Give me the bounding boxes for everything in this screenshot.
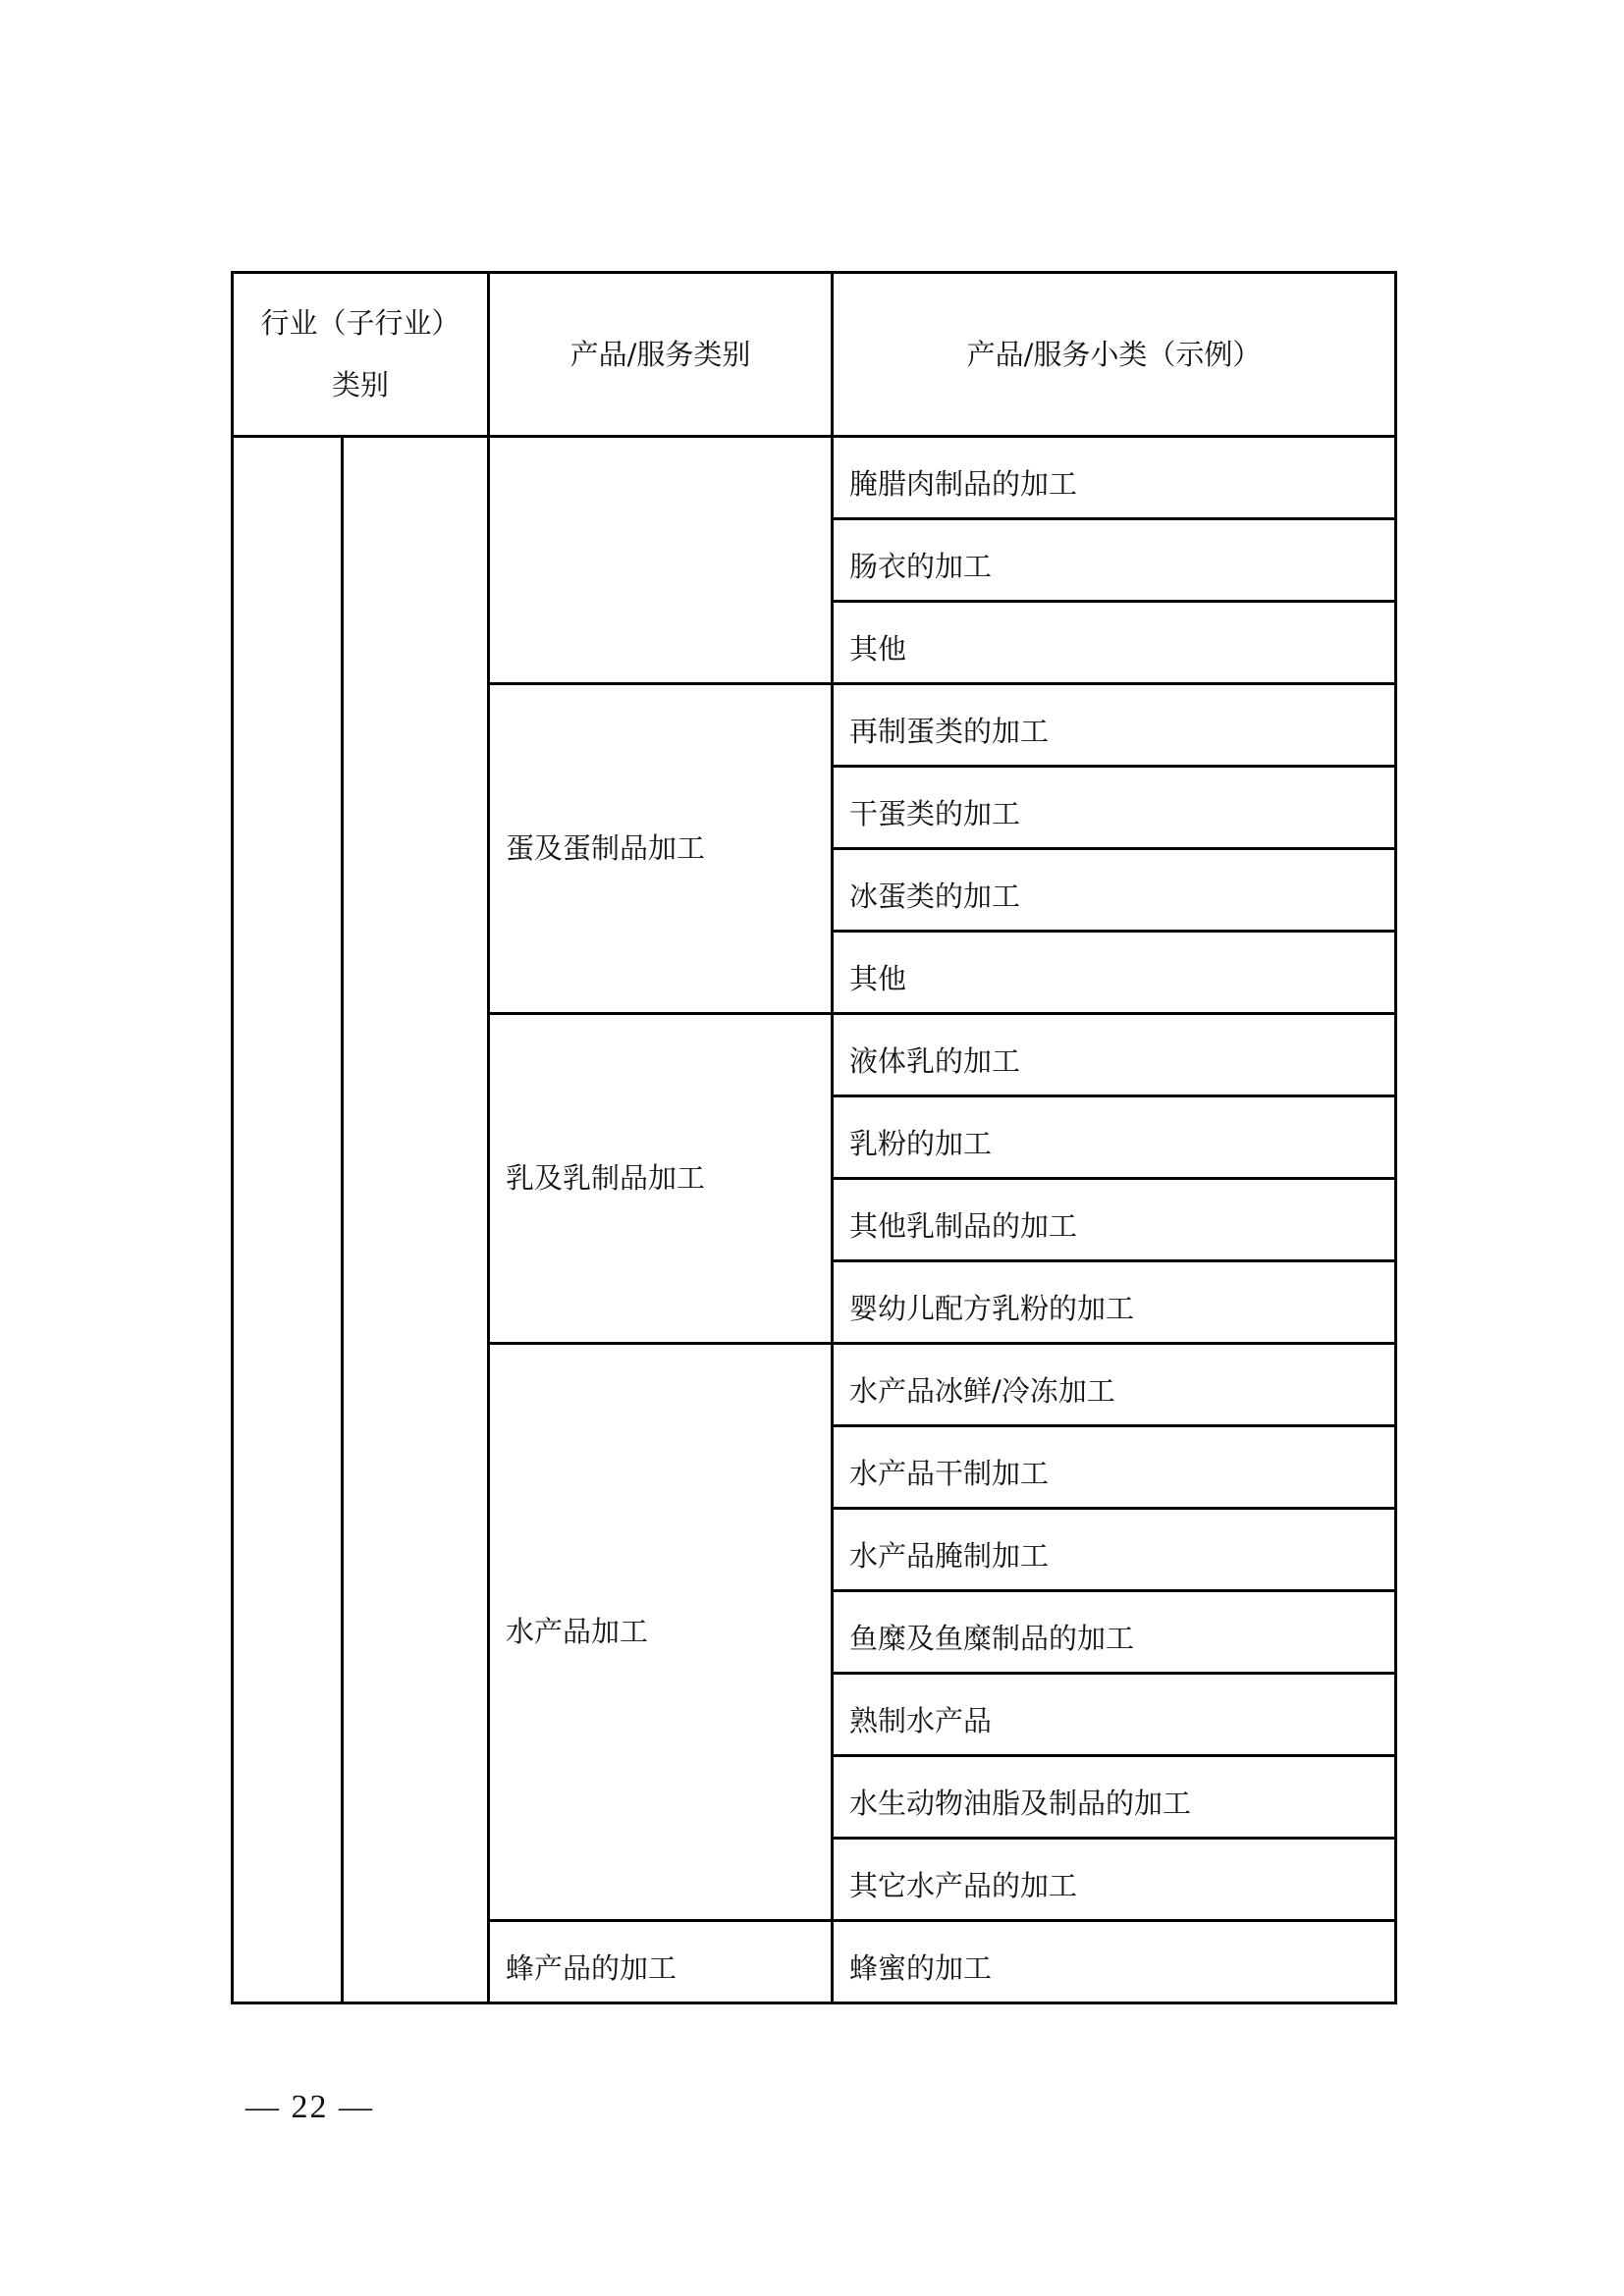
subcategory-cell: 肠衣的加工 xyxy=(833,519,1396,602)
subcategory-cell: 腌腊肉制品的加工 xyxy=(833,437,1396,519)
subcategory-cell: 婴幼儿配方乳粉的加工 xyxy=(833,1261,1396,1344)
subcategory-cell: 水产品冰鲜/冷冻加工 xyxy=(833,1344,1396,1426)
category-cell xyxy=(489,437,833,684)
subcategory-cell: 蜂蜜的加工 xyxy=(833,1921,1396,2003)
subcategory-cell: 再制蛋类的加工 xyxy=(833,684,1396,767)
subcategory-cell: 其他 xyxy=(833,932,1396,1014)
subcategory-cell: 液体乳的加工 xyxy=(833,1014,1396,1096)
subcategory-cell: 鱼糜及鱼糜制品的加工 xyxy=(833,1591,1396,1674)
subcategory-cell: 干蛋类的加工 xyxy=(833,767,1396,849)
table-header-row: 行业（子行业） 类别 产品/服务类别 产品/服务小类（示例） xyxy=(233,273,1396,437)
header-industry-line2: 类别 xyxy=(234,368,487,402)
page-number: — 22 — xyxy=(245,2089,374,2126)
subcategory-cell: 乳粉的加工 xyxy=(833,1096,1396,1179)
subcategory-cell: 水产品腌制加工 xyxy=(833,1509,1396,1591)
header-industry-line1: 行业（子行业） xyxy=(234,306,487,341)
subcategory-cell: 其他 xyxy=(833,602,1396,684)
category-cell: 乳及乳制品加工 xyxy=(489,1014,833,1344)
classification-table: 行业（子行业） 类别 产品/服务类别 产品/服务小类（示例） 腌腊肉制品的加工 … xyxy=(231,271,1397,2004)
subcategory-cell: 熟制水产品 xyxy=(833,1674,1396,1756)
subcategory-cell: 其他乳制品的加工 xyxy=(833,1179,1396,1261)
category-cell: 蜂产品的加工 xyxy=(489,1921,833,2003)
industry-cell xyxy=(233,437,343,2003)
subcategory-cell: 水生动物油脂及制品的加工 xyxy=(833,1756,1396,1839)
category-cell: 水产品加工 xyxy=(489,1344,833,1921)
subcategory-cell: 冰蛋类的加工 xyxy=(833,849,1396,932)
table-row: 腌腊肉制品的加工 xyxy=(233,437,1396,519)
subcategory-cell: 水产品干制加工 xyxy=(833,1426,1396,1509)
sub-industry-cell xyxy=(343,437,489,2003)
header-industry: 行业（子行业） 类别 xyxy=(233,273,489,437)
header-subcategory: 产品/服务小类（示例） xyxy=(833,273,1396,437)
subcategory-cell: 其它水产品的加工 xyxy=(833,1839,1396,1921)
category-cell: 蛋及蛋制品加工 xyxy=(489,684,833,1014)
header-category: 产品/服务类别 xyxy=(489,273,833,437)
